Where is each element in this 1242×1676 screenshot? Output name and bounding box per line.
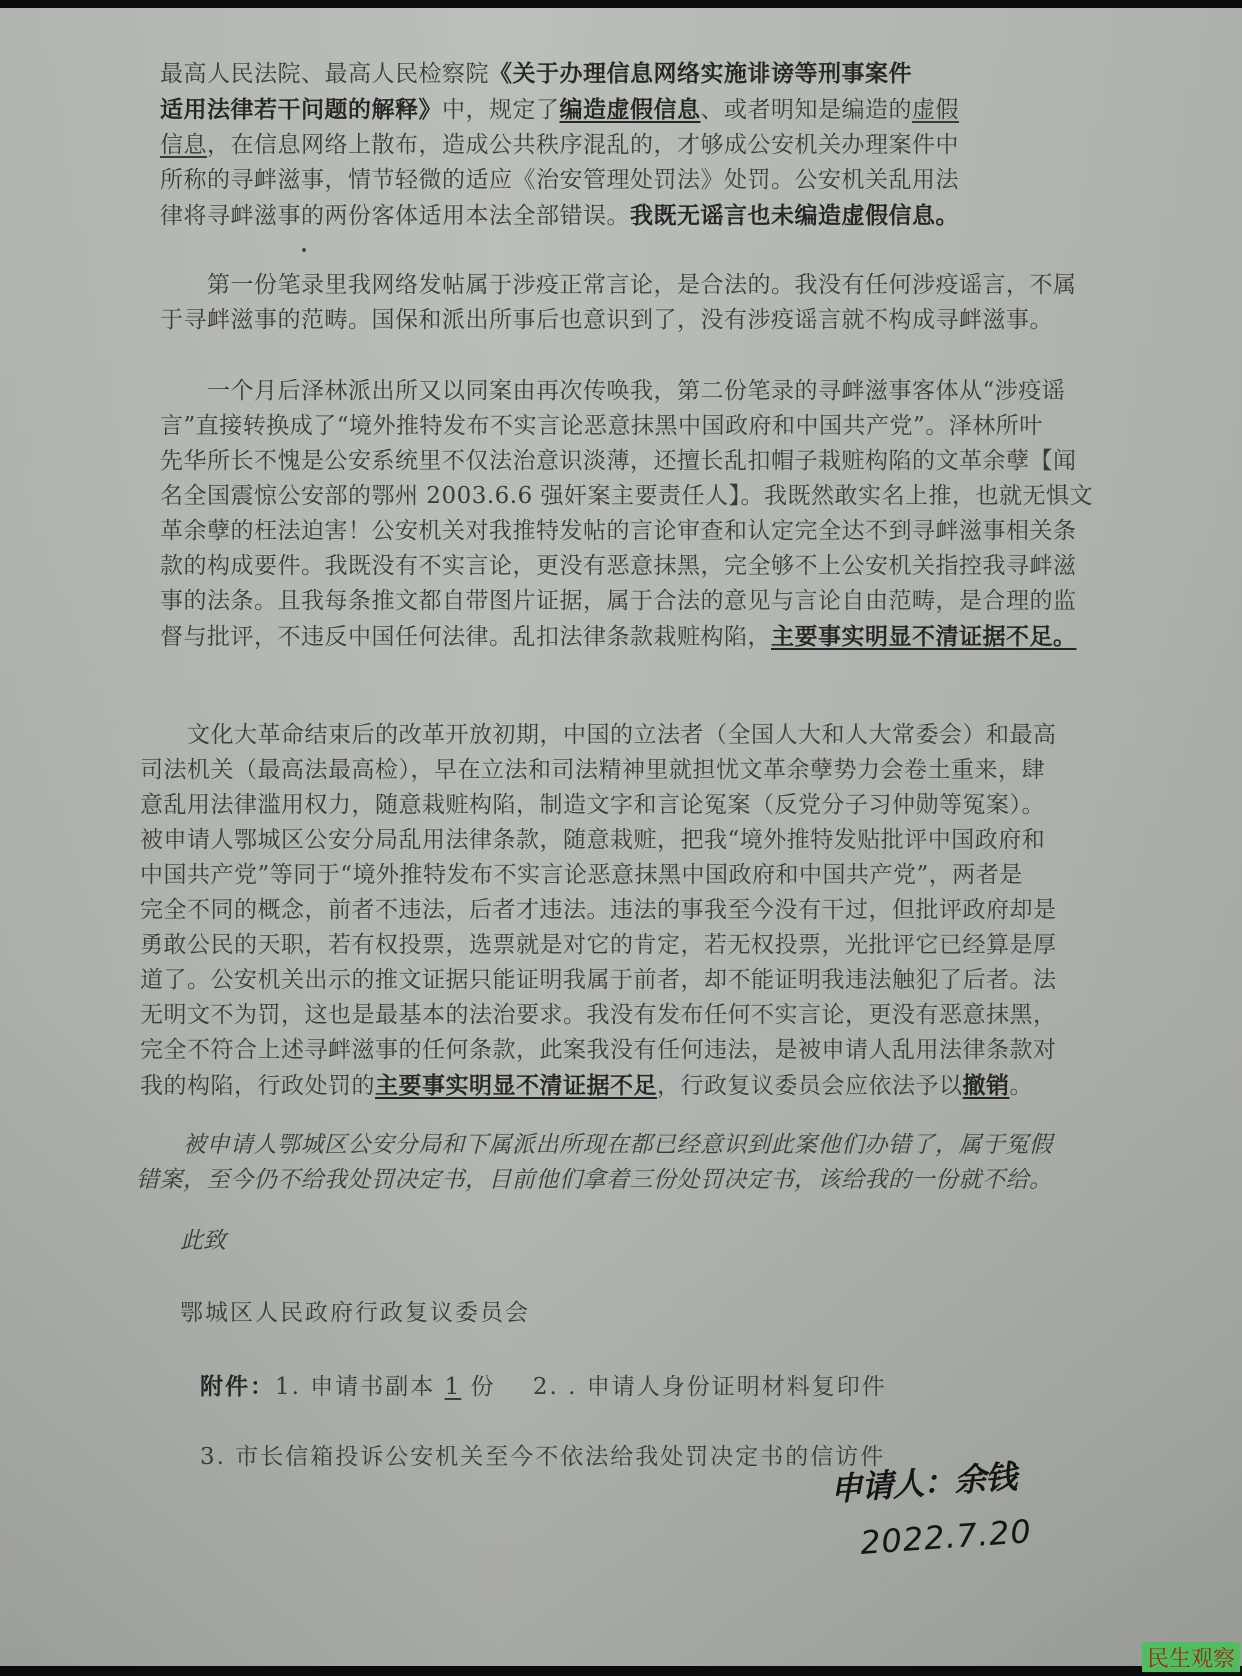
text-run: 意乱用法律滥用权力，随意栽赃构陷，制造文字和言论冤案（反党分子习仲勋等冤案）。: [140, 792, 1045, 818]
text-run: 信息: [160, 132, 207, 158]
text-run: 一个月后泽林派出所又以同案由再次传唤我，第二份笔录的寻衅滋事客体从“涉疫谣: [160, 378, 1065, 404]
text-run: 、或者明知是编造的: [701, 97, 913, 123]
document-photo: 最高人民法院、最高人民检察院《关于办理信息网络实施诽谤等刑事案件适用法律若干问题…: [0, 8, 1242, 1666]
text-line: 适用法律若干问题的解释》中，规定了编造虚假信息、或者明知是编造的虚假: [160, 92, 1040, 128]
text-run: 虚假: [912, 97, 959, 123]
salutation: 此致: [180, 1222, 226, 1255]
text-line: 勇敢公民的天职，若有权投票，选票就是对它的肯定，若无权投票，光批评它已经算是厚: [140, 928, 1020, 963]
text-run: 勇敢公民的天职，若有权投票，选票就是对它的肯定，若无权投票，光批评它已经算是厚: [140, 932, 1057, 958]
text-run: 事的法条。且我每条推文都自带图片证据，属于合法的意见与言论自由范畴，是合理的监: [160, 588, 1077, 614]
text-line: 所称的寻衅滋事，情节轻微的适应《治安管理处罚法》处罚。公安机关乱用法: [160, 163, 1040, 198]
text-run: 被申请人鄂城区公安分局乱用法律条款，随意栽赃，把我“境外推特发贴批评中国政府和: [140, 827, 1045, 853]
text-run: 主要事实明显不清证据不足。: [771, 623, 1077, 650]
text-run: 编造虚假信息: [560, 96, 701, 123]
paragraph-second-transcript: 一个月后泽林派出所又以同案由再次传唤我，第二份笔录的寻衅滋事客体从“涉疫谣言”直…: [160, 374, 1040, 655]
text-line: 道了。公安机关出示的推文证据只能证明我属于前者，却不能证明我违法触犯了后者。法: [140, 963, 1020, 998]
text-run: 司法机关（最高法最高检），早在立法和司法精神里就担忧文革余孽势力会卷土重来，肆: [140, 757, 1045, 783]
text-line: 最高人民法院、最高人民检察院《关于办理信息网络实施诽谤等刑事案件: [160, 56, 1040, 92]
text-line: 我的构陷，行政处罚的主要事实明显不清证据不足，行政复议委员会应依法予以撤销。: [140, 1068, 1020, 1104]
text-line: 无明文不为罚，这也是最基本的法治要求。我没有发布任何不实言论，更没有恶意抹黑，: [140, 998, 1020, 1033]
attachment-2: 2. . 申请人身份证明材料复印件: [533, 1374, 887, 1400]
text-run: 错案，至今仍不给我处罚决定书，目前他们拿着三份处罚决定书，该给我的一份就不给。: [136, 1167, 1053, 1193]
text-run: ，行政复议委员会应依法予以: [657, 1073, 963, 1099]
text-run: 最高人民法院、最高人民检察院: [160, 61, 489, 87]
text-line: 一个月后泽林派出所又以同案由再次传唤我，第二份笔录的寻衅滋事客体从“涉疫谣: [160, 374, 1040, 409]
text-run: 中，规定了: [442, 97, 560, 123]
paragraph-first-transcript: 第一份笔录里我网络发帖属于涉疫正常言论，是合法的。我没有任何涉疫谣言，不属于寻衅…: [160, 268, 1040, 338]
text-line: 革余孽的枉法迫害！公安机关对我推特发帖的言论审查和认定完全达不到寻衅滋事相关条: [160, 514, 1040, 549]
text-line: 被申请人鄂城区公安分局乱用法律条款，随意栽赃，把我“境外推特发贴批评中国政府和: [140, 823, 1020, 858]
text-run: 主要事实明显不清证据不足: [375, 1072, 657, 1099]
text-run: 完全不同的概念，前者不违法，后者才违法。违法的事我至今没有干过，但批评政府却是: [140, 897, 1057, 923]
text-line: 完全不符合上述寻衅滋事的任何条款，此案我没有任何违法，是被申请人乱用法律条款对: [140, 1033, 1020, 1068]
text-run: 。: [1010, 1073, 1034, 1099]
paragraph-legal-interpretation: 最高人民法院、最高人民检察院《关于办理信息网络实施诽谤等刑事案件适用法律若干问题…: [160, 56, 1040, 234]
text-run: 第一份笔录里我网络发帖属于涉疫正常言论，是合法的。我没有任何涉疫谣言，不属: [160, 272, 1077, 298]
attachment-3: 3. 市长信箱投诉公安机关至今不依法给我处罚决定书的信访件: [200, 1438, 885, 1471]
text-run: 《关于办理信息网络实施诽谤等刑事案件: [489, 60, 912, 87]
paragraph-cultural-revolution: 文化大革命结束后的改革开放初期，中国的立法者（全国人大和人大常委会）和最高司法机…: [140, 718, 1020, 1104]
text-run: 完全不符合上述寻衅滋事的任何条款，此案我没有任何违法，是被申请人乱用法律条款对: [140, 1037, 1057, 1063]
paragraph-no-decision-letter: 被申请人鄂城区公安分局和下属派出所现在都已经意识到此案他们办错了，属于冤假错案，…: [136, 1128, 1016, 1198]
text-line: 名全国震惊公安部的鄂州 2003.6.6 强奸案主要责任人】。我既然敢实名上推，…: [160, 479, 1040, 514]
text-line: 被申请人鄂城区公安分局和下属派出所现在都已经意识到此案他们办错了，属于冤假: [136, 1128, 1016, 1163]
text-line: 错案，至今仍不给我处罚决定书，目前他们拿着三份处罚决定书，该给我的一份就不给。: [136, 1163, 1016, 1198]
text-run: 革余孽的枉法迫害！公安机关对我推特发帖的言论审查和认定完全达不到寻衅滋事相关条: [160, 518, 1077, 544]
text-run: 适用法律若干问题的解释》: [160, 96, 442, 123]
text-run: 我的构陷，行政处罚的: [140, 1073, 375, 1099]
text-run: 款的构成要件。我既没有不实言论，更没有恶意抹黑，完全够不上公安机关指控我寻衅滋: [160, 553, 1077, 579]
attachment-1-suffix: 份: [461, 1374, 495, 1400]
text-line: 款的构成要件。我既没有不实言论，更没有恶意抹黑，完全够不上公安机关指控我寻衅滋: [160, 549, 1040, 584]
attachment-1-prefix: 1. 申请书副本: [275, 1374, 445, 1400]
text-run: 文化大革命结束后的改革开放初期，中国的立法者（全国人大和人大常委会）和最高: [140, 722, 1057, 748]
text-line: 督与批评，不违反中国任何法律。乱扣法律条款栽赃构陷，主要事实明显不清证据不足。: [160, 619, 1040, 655]
text-run: 言”直接转换成了“境外推特发布不实言论恶意抹黑中国政府和中国共产党”。泽林所叶: [160, 413, 1043, 439]
text-run: 名全国震惊公安部的鄂州 2003.6.6 强奸案主要责任人】。我既然敢实名上推，…: [160, 483, 1093, 509]
text-line: 司法机关（最高法最高检），早在立法和司法精神里就担忧文革余孽势力会卷土重来，肆: [140, 753, 1020, 788]
text-run: 律将寻衅滋事的两份客体适用本法全部错误。: [160, 203, 630, 229]
text-run: 道了。公安机关出示的推文证据只能证明我属于前者，却不能证明我违法触犯了后者。法: [140, 967, 1057, 993]
text-run: 撤销: [963, 1072, 1010, 1099]
text-run: 无明文不为罚，这也是最基本的法治要求。我没有发布任何不实言论，更没有恶意抹黑，: [140, 1002, 1057, 1028]
text-line: 言”直接转换成了“境外推特发布不实言论恶意抹黑中国政府和中国共产党”。泽林所叶: [160, 409, 1040, 444]
text-run: 被申请人鄂城区公安分局和下属派出所现在都已经意识到此案他们办错了，属于冤假: [136, 1132, 1053, 1158]
recipient: 鄂城区人民政府行政复议委员会: [180, 1294, 530, 1327]
text-line: 律将寻衅滋事的两份客体适用本法全部错误。我既无谣言也未编造虚假信息。: [160, 198, 1040, 234]
text-line: 第一份笔录里我网络发帖属于涉疫正常言论，是合法的。我没有任何涉疫谣言，不属: [160, 268, 1040, 303]
text-line: 先华所长不愧是公安系统里不仅法治意识淡薄，还擅长乱扣帽子栽赃构陷的文革余孽【闻: [160, 444, 1040, 479]
handwritten-date: 2022.7.20: [859, 1512, 1033, 1562]
text-run: 先华所长不愧是公安系统里不仅法治意识淡薄，还擅长乱扣帽子栽赃构陷的文革余孽【闻: [160, 448, 1077, 474]
text-run: 我既无谣言也未编造虚假信息。: [630, 202, 959, 229]
text-run: 所称的寻衅滋事，情节轻微的适应《治安管理处罚法》处罚。公安机关乱用法: [160, 167, 959, 193]
text-run: 督与批评，不违反中国任何法律。乱扣法律条款栽赃构陷，: [160, 624, 771, 650]
text-line: 完全不同的概念，前者不违法，后者才违法。违法的事我至今没有干过，但批评政府却是: [140, 893, 1020, 928]
text-line: 意乱用法律滥用权力，随意栽赃构陷，制造文字和言论冤案（反党分子习仲勋等冤案）。: [140, 788, 1020, 823]
text-line: 文化大革命结束后的改革开放初期，中国的立法者（全国人大和人大常委会）和最高: [140, 718, 1020, 753]
watermark-badge: 民生观察: [1142, 1642, 1240, 1672]
text-run: 中国共产党”等同于“境外推特发布不实言论恶意抹黑中国政府和中国共产党”，两者是: [140, 862, 1023, 888]
text-line: 中国共产党”等同于“境外推特发布不实言论恶意抹黑中国政府和中国共产党”，两者是: [140, 858, 1020, 893]
attachments-label: 附件：: [200, 1373, 275, 1400]
text-line: 事的法条。且我每条推文都自带图片证据，属于合法的意见与言论自由范畴，是合理的监: [160, 584, 1040, 619]
text-run: ，在信息网络上散布，造成公共秩序混乱的，才够成公安机关办理案件中: [207, 132, 959, 158]
text-line: 信息，在信息网络上散布，造成公共秩序混乱的，才够成公安机关办理案件中: [160, 128, 1040, 163]
text-line: 于寻衅滋事的范畴。国保和派出所事后也意识到了，没有涉疫谣言就不构成寻衅滋事。: [160, 303, 1040, 338]
ink-speck: [302, 248, 306, 252]
attachment-1-count: 1: [445, 1374, 462, 1400]
attachments-line-1: 附件：1. 申请书副本 1 份 2. . 申请人身份证明材料复印件: [200, 1368, 887, 1401]
text-run: 于寻衅滋事的范畴。国保和派出所事后也意识到了，没有涉疫谣言就不构成寻衅滋事。: [160, 307, 1053, 333]
